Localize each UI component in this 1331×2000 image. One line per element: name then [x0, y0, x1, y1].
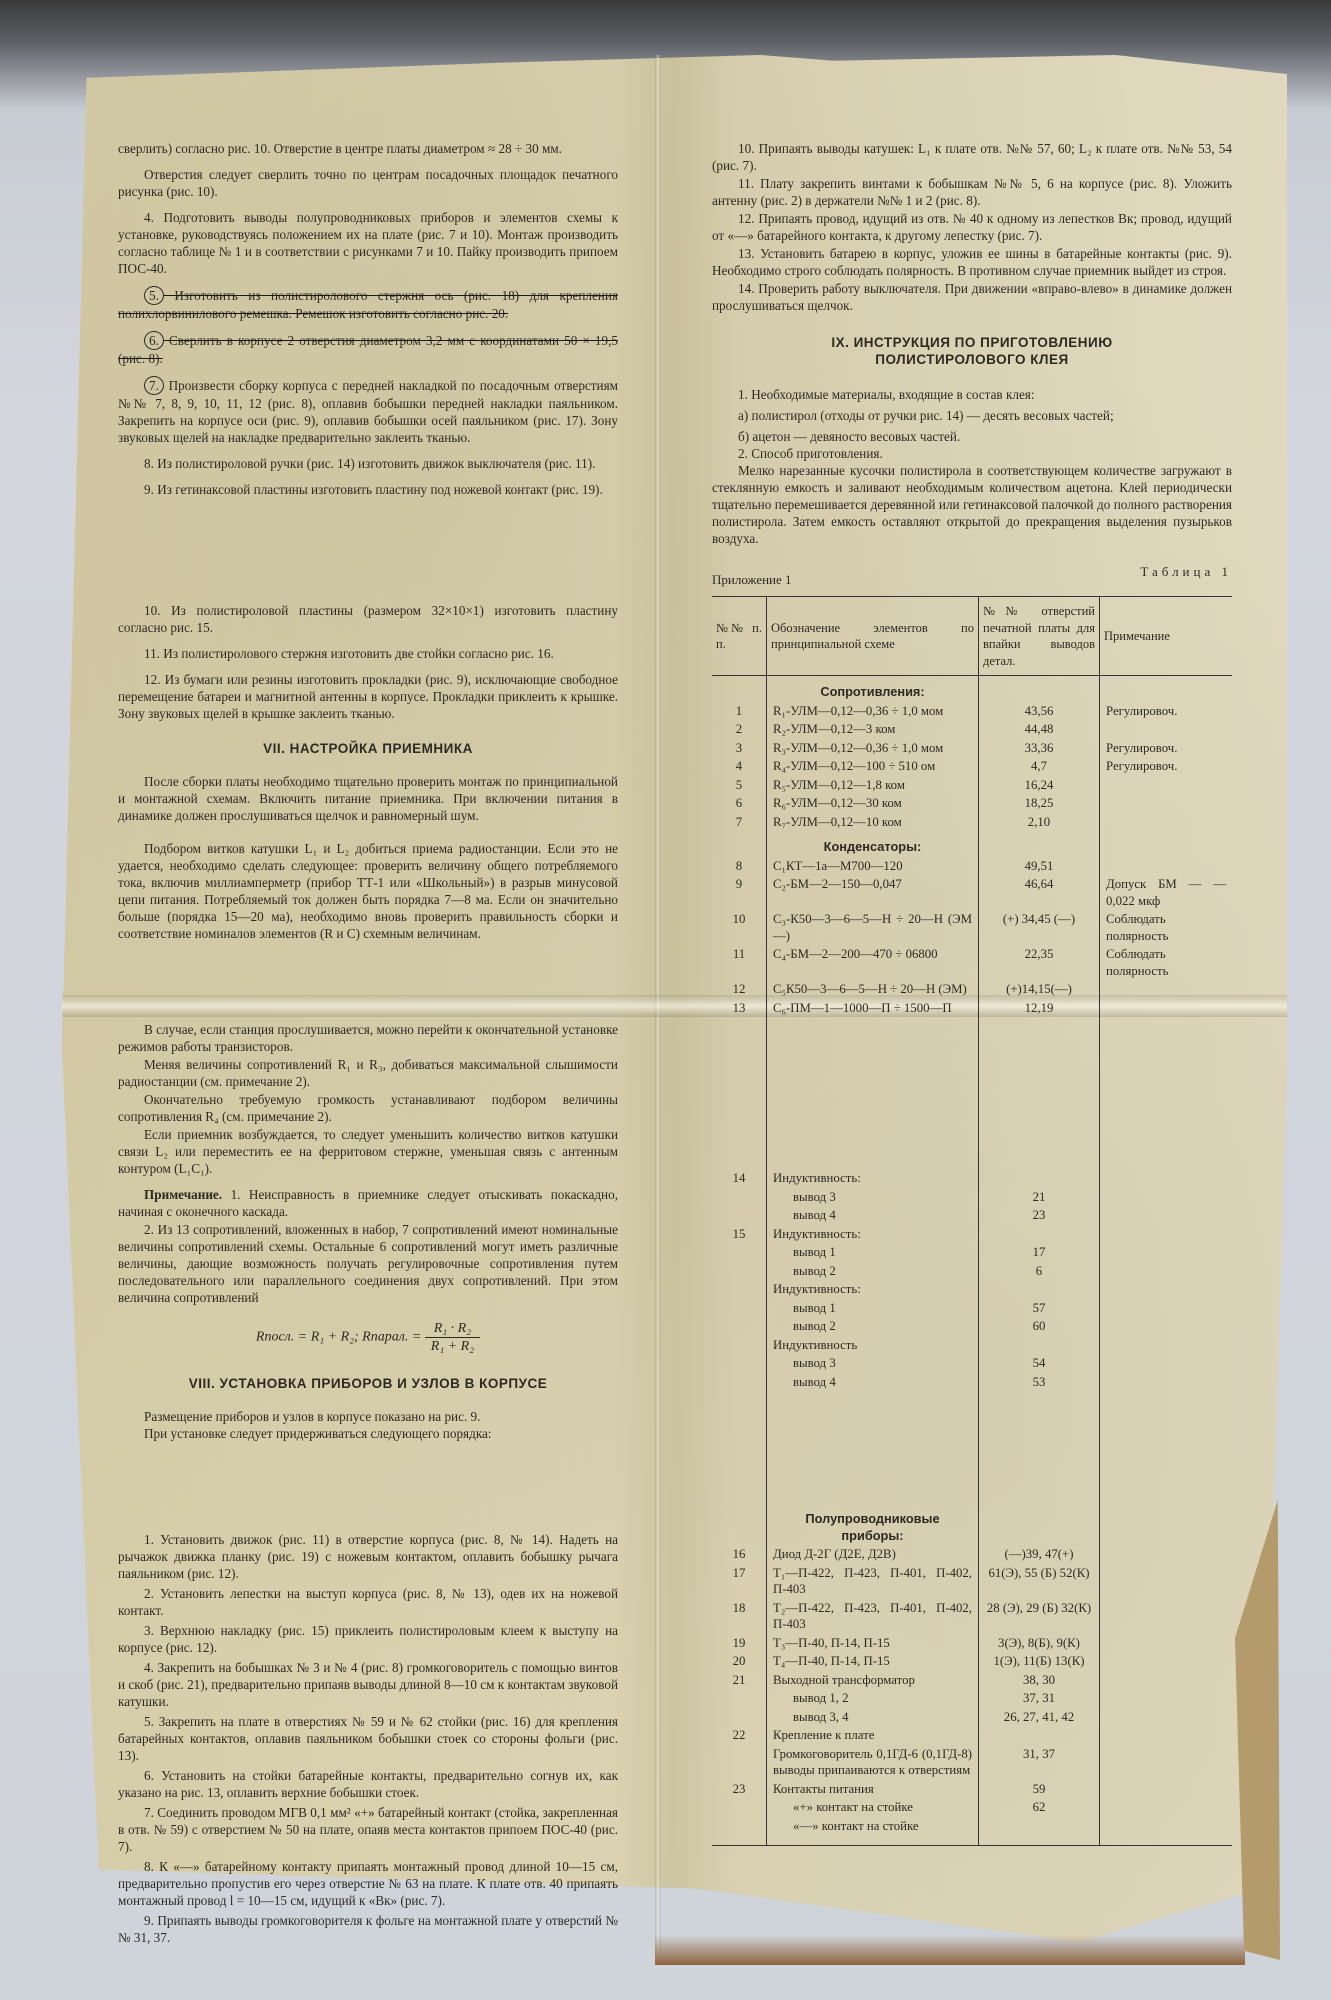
table-row: вывод 453 — [712, 1373, 1232, 1392]
row-note — [1100, 1745, 1233, 1780]
step-item: 11. Плату закрепить винтами к бобышкам №… — [712, 175, 1232, 209]
hole-numbers: 57 — [979, 1299, 1100, 1318]
table-row: 17T₁—П-422, П-423, П-401, П-402, П-40361… — [712, 1564, 1232, 1599]
assembly-steps-b: 10. Из полистироловой пластины (размером… — [118, 602, 618, 722]
hole-numbers: 23 — [979, 1206, 1100, 1225]
element-designation: вывод 3 — [767, 1354, 979, 1373]
row-number: 14 — [712, 1169, 767, 1188]
row-note — [1100, 1726, 1233, 1745]
row-number: 12 — [712, 980, 767, 999]
element-designation: C₆-ПМ—1—1000—П ÷ 1500—П — [767, 999, 979, 1018]
group-title: Сопротивления: — [767, 676, 979, 702]
row-note — [1100, 1299, 1233, 1318]
cell — [712, 1503, 767, 1545]
glue-line: б) ацетон — девяносто весовых частей. — [712, 428, 1232, 445]
hole-numbers: 28 (Э), 29 (Б) 32(К) — [979, 1599, 1100, 1634]
hole-numbers: 54 — [979, 1354, 1100, 1373]
table-row: «+» контакт на стойке62 — [712, 1798, 1232, 1817]
table-row: 10C₃-К50—3—6—5—Н ÷ 20—Н (ЭМ—)(+) 34,45 (… — [712, 910, 1232, 945]
glue-line: 2. Способ приготовления. — [712, 445, 1232, 462]
row-note — [1100, 1652, 1233, 1671]
hole-numbers — [979, 1280, 1100, 1299]
step-item: 6. Установить на стойки батарейные конта… — [118, 1767, 618, 1801]
row-number: 21 — [712, 1671, 767, 1690]
hole-numbers: 26, 27, 41, 42 — [979, 1708, 1100, 1727]
row-note — [1100, 1689, 1233, 1708]
element-designation: вывод 4 — [767, 1373, 979, 1392]
row-note — [1100, 1280, 1233, 1299]
cell — [712, 831, 767, 857]
table-row: 2R₂-УЛМ—0,12—3 ком44,48 — [712, 720, 1232, 739]
step-item: 7. Произвести сборку корпуса с передней … — [118, 376, 618, 446]
row-number: 13 — [712, 999, 767, 1018]
element-designation: C₅К50—3—6—5—Н ÷ 20—Н (ЭМ) — [767, 980, 979, 999]
table-row: вывод 423 — [712, 1206, 1232, 1225]
row-note — [1100, 1169, 1233, 1188]
step-number: 9. — [144, 482, 154, 497]
row-number — [712, 1708, 767, 1727]
row-number — [712, 1317, 767, 1336]
row-note: Соблюдать полярность — [1100, 945, 1233, 980]
row-number — [712, 1299, 767, 1318]
step-item: 9. Из гетинаксовой пластины изготовить п… — [118, 481, 618, 498]
element-designation: T₄—П-40, П-14, П-15 — [767, 1652, 979, 1671]
hole-numbers: 46,64 — [979, 875, 1100, 910]
step-number: 6. — [144, 331, 164, 350]
installation-steps-cont: 10. Припаять выводы катушек: L₁ к плате … — [712, 140, 1232, 314]
table-row: «—» контакт на стойке — [712, 1817, 1232, 1836]
element-designation: Крепление к плате — [767, 1726, 979, 1745]
step-item: 12. Припаять провод, идущий из отв. № 40… — [712, 210, 1232, 244]
element-designation: Диод Д-2Г (Д2Е, Д2В) — [767, 1545, 979, 1564]
glue-paragraph: Мелко нарезанные кусочки полистирола в с… — [712, 462, 1232, 547]
paragraph: После сборки платы необходимо тщательно … — [118, 773, 618, 824]
element-designation: R₆-УЛМ—0,12—30 ком — [767, 794, 979, 813]
step-item: 13. Установить батарею в корпус, уложив … — [712, 245, 1232, 279]
element-designation: C₁КТ—1а—М700—120 — [767, 857, 979, 876]
left-page: сверлить) согласно рис. 10. Отверстие в … — [118, 140, 618, 1949]
table-header: Примечание — [1100, 597, 1233, 676]
element-designation: R₂-УЛМ—0,12—3 ком — [767, 720, 979, 739]
group-title: Полупроводниковые приборы: — [767, 1503, 979, 1545]
paragraph: Меняя величины сопротивлений R₁ и R₃, до… — [118, 1056, 618, 1090]
table-row: 11C₄-БМ—2—200—470 ÷ 0680022,35Соблюдать … — [712, 945, 1232, 980]
table-row: 19T₃—П-40, П-14, П-153(Э), 8(Б), 9(К) — [712, 1634, 1232, 1653]
paragraph: Если приемник возбуждается, то следует у… — [118, 1126, 618, 1177]
paragraph: Размещение приборов и узлов в корпусе по… — [118, 1408, 618, 1425]
row-number: 5 — [712, 776, 767, 795]
step-item: 4. Подготовить выводы полупроводниковых … — [118, 209, 618, 277]
row-number: 16 — [712, 1545, 767, 1564]
row-number: 22 — [712, 1726, 767, 1745]
element-designation: «—» контакт на стойке — [767, 1817, 979, 1836]
row-note — [1100, 1317, 1233, 1336]
element-designation: R₅-УЛМ—0,12—1,8 ком — [767, 776, 979, 795]
step-item: 12. Из бумаги или резины изготовить прок… — [118, 671, 618, 722]
row-number: 4 — [712, 757, 767, 776]
assembly-steps-a: 4. Подготовить выводы полупроводниковых … — [118, 209, 618, 498]
hole-numbers: 62 — [979, 1798, 1100, 1817]
element-designation: вывод 1 — [767, 1299, 979, 1318]
hole-numbers: 43,56 — [979, 702, 1100, 721]
row-number: 11 — [712, 945, 767, 980]
table-row: 3R₃-УЛМ—0,12—0,36 ÷ 1,0 мом33,36Регулиро… — [712, 739, 1232, 758]
table-row: 22Крепление к плате — [712, 1726, 1232, 1745]
row-number — [712, 1336, 767, 1355]
hole-numbers: 49,51 — [979, 857, 1100, 876]
row-number: 15 — [712, 1225, 767, 1244]
element-designation: вывод 3 — [767, 1188, 979, 1207]
hole-numbers: 17 — [979, 1243, 1100, 1262]
table-header: Обозначение элементов по принципиальной … — [767, 597, 979, 676]
hole-numbers — [979, 1336, 1100, 1355]
intro-line: сверлить) согласно рис. 10. Отверстие в … — [118, 140, 618, 157]
cell — [1100, 831, 1233, 857]
hole-numbers: 18,25 — [979, 794, 1100, 813]
row-note — [1100, 1671, 1233, 1690]
row-number: 9 — [712, 875, 767, 910]
hole-numbers: (—)39, 47(+) — [979, 1545, 1100, 1564]
step-item: 7. Соединить проводом МГВ 0,1 мм² «+» ба… — [118, 1804, 618, 1855]
paragraph: При установке следует придерживаться сле… — [118, 1425, 618, 1442]
paragraph: Подбором витков катушки L₁ и L₂ добиться… — [118, 840, 618, 942]
cell — [712, 676, 767, 702]
table-group-title: Сопротивления: — [712, 676, 1232, 702]
table-group-title: Конденсаторы: — [712, 831, 1232, 857]
right-page: 10. Припаять выводы катушек: L₁ к плате … — [712, 140, 1232, 1846]
hole-numbers — [979, 1726, 1100, 1745]
hole-numbers: 16,24 — [979, 776, 1100, 795]
table-row: 12C₅К50—3—6—5—Н ÷ 20—Н (ЭМ)(+)14,15(—) — [712, 980, 1232, 999]
paragraph: Окончательно требуемую громкость устанав… — [118, 1091, 618, 1125]
row-number — [712, 1354, 767, 1373]
step-item: 5. Изготовить из полистиролового стержня… — [118, 286, 618, 322]
row-note — [1100, 1225, 1233, 1244]
element-designation: вывод 1 — [767, 1243, 979, 1262]
note-label: Примечание. — [144, 1187, 222, 1202]
table-row: 4R₄-УЛМ—0,12—100 ÷ 510 ом4,7Регулировоч. — [712, 757, 1232, 776]
row-note — [1100, 1634, 1233, 1653]
table-row: 9C₂-БМ—2—150—0,04746,64Допуск БМ — —0,02… — [712, 875, 1232, 910]
hole-numbers: 33,36 — [979, 739, 1100, 758]
table-row: 1R₁-УЛМ—0,12—0,36 ÷ 1,0 мом43,56Регулиро… — [712, 702, 1232, 721]
table-row: 18T₂—П-422, П-423, П-401, П-402, П-40328… — [712, 1599, 1232, 1634]
row-number — [712, 1798, 767, 1817]
table-caption: Приложение 1 Таблица 1 — [712, 571, 1232, 588]
paragraph: В случае, если станция прослушивается, м… — [118, 1021, 618, 1055]
hole-numbers: (+) 34,45 (—) — [979, 910, 1100, 945]
row-note — [1100, 1545, 1233, 1564]
element-designation: Индуктивность: — [767, 1280, 979, 1299]
row-number — [712, 1262, 767, 1281]
row-number: 2 — [712, 720, 767, 739]
group-title: Конденсаторы: — [767, 831, 979, 857]
row-note: Допуск БМ — —0,022 мкф — [1100, 875, 1233, 910]
hole-numbers — [979, 1225, 1100, 1244]
step-number: 8. — [144, 456, 154, 471]
table-row: 8C₁КТ—1а—М700—12049,51 — [712, 857, 1232, 876]
row-note: Регулировоч. — [1100, 739, 1233, 758]
step-item: 10. Припаять выводы катушек: L₁ к плате … — [712, 140, 1232, 174]
element-designation: Громкоговоритель 0,1ГД-6 (0,1ГД-8) вывод… — [767, 1745, 979, 1780]
row-note — [1100, 1373, 1233, 1392]
resistance-formula: Rпосл. = R₁ + R₂; Rпарал. = R₁ · R₂ R₁ +… — [118, 1320, 618, 1355]
step-item: 5. Закрепить на плате в отверстиях № 59 … — [118, 1713, 618, 1764]
element-designation: T₁—П-422, П-423, П-401, П-402, П-403 — [767, 1564, 979, 1599]
row-number: 8 — [712, 857, 767, 876]
hole-numbers — [979, 1817, 1100, 1836]
row-number: 7 — [712, 813, 767, 832]
hole-numbers: 59 — [979, 1780, 1100, 1799]
element-designation: вывод 2 — [767, 1317, 979, 1336]
cell — [979, 676, 1100, 702]
table-row: Громкоговоритель 0,1ГД-6 (0,1ГД-8) вывод… — [712, 1745, 1232, 1780]
table-row: Индуктивность: — [712, 1280, 1232, 1299]
step-item: 9. Припаять выводы громкоговорителя к фо… — [118, 1912, 618, 1946]
element-designation: R₄-УЛМ—0,12—100 ÷ 510 ом — [767, 757, 979, 776]
table-row: 13C₆-ПМ—1—1000—П ÷ 1500—П12,19 — [712, 999, 1232, 1018]
row-note — [1100, 1817, 1233, 1836]
table-row: 16Диод Д-2Г (Д2Е, Д2В)(—)39, 47(+) — [712, 1545, 1232, 1564]
row-number — [712, 1280, 767, 1299]
row-number: 19 — [712, 1634, 767, 1653]
components-table: №№ п. п.Обозначение элементов по принцип… — [712, 596, 1232, 1846]
element-designation: Индуктивность: — [767, 1225, 979, 1244]
table-row: 5R₅-УЛМ—0,12—1,8 ком16,24 — [712, 776, 1232, 795]
row-number — [712, 1373, 767, 1392]
row-number: 3 — [712, 739, 767, 758]
element-designation: Контакты питания — [767, 1780, 979, 1799]
cell — [1100, 676, 1233, 702]
table-row: вывод 260 — [712, 1317, 1232, 1336]
hole-numbers: 53 — [979, 1373, 1100, 1392]
row-number — [712, 1745, 767, 1780]
cell — [979, 831, 1100, 857]
row-note — [1100, 1798, 1233, 1817]
row-note — [1100, 999, 1233, 1018]
row-note — [1100, 813, 1233, 832]
hole-numbers: 4,7 — [979, 757, 1100, 776]
hole-numbers: 2,10 — [979, 813, 1100, 832]
row-number — [712, 1817, 767, 1836]
row-number: 17 — [712, 1564, 767, 1599]
row-note — [1100, 794, 1233, 813]
section-ix-title: IX. ИНСТРУКЦИЯ ПО ПРИГОТОВЛЕНИЮ ПОЛИСТИР… — [712, 334, 1232, 368]
row-note — [1100, 1188, 1233, 1207]
table-row: 21Выходной трансформатор38, 30 — [712, 1671, 1232, 1690]
row-note — [1100, 1708, 1233, 1727]
table-row: вывод 354 — [712, 1354, 1232, 1373]
step-number: 7. — [144, 376, 164, 395]
element-designation: вывод 2 — [767, 1262, 979, 1281]
element-designation: T₃—П-40, П-14, П-15 — [767, 1634, 979, 1653]
row-note — [1100, 720, 1233, 739]
table-row: вывод 1, 237, 31 — [712, 1689, 1232, 1708]
hole-numbers: 37, 31 — [979, 1689, 1100, 1708]
section-vii-title: VII. НАСТРОЙКА ПРИЕМНИКА — [118, 740, 618, 757]
step-item: 8. К «—» батарейному контакту припаять м… — [118, 1858, 618, 1909]
hole-numbers: 38, 30 — [979, 1671, 1100, 1690]
glue-line: а) полистирол (отходы от ручки рис. 14) … — [712, 407, 1232, 424]
step-item: 1. Установить движок (рис. 11) в отверст… — [118, 1531, 618, 1582]
element-designation: T₂—П-422, П-423, П-401, П-402, П-403 — [767, 1599, 979, 1634]
element-designation: Индуктивность: — [767, 1169, 979, 1188]
step-number: 11. — [144, 646, 160, 661]
element-designation: «+» контакт на стойке — [767, 1798, 979, 1817]
row-note — [1100, 1564, 1233, 1599]
table-row: 20T₄—П-40, П-14, П-151(Э), 11(Б) 13(К) — [712, 1652, 1232, 1671]
element-designation: вывод 3, 4 — [767, 1708, 979, 1727]
note-2: 2. Из 13 сопротивлений, вложенных в набо… — [118, 1221, 618, 1306]
row-note — [1100, 1336, 1233, 1355]
step-item: 6. Сверлить в корпусе 2 отверстия диамет… — [118, 331, 618, 367]
intro-line: Отверстия следует сверлить точно по цент… — [118, 166, 618, 200]
table-row: 6R₆-УЛМ—0,12—30 ком18,25 — [712, 794, 1232, 813]
hole-numbers: 22,35 — [979, 945, 1100, 980]
step-number: 12. — [144, 672, 160, 687]
hole-numbers: 12,19 — [979, 999, 1100, 1018]
element-designation: R₁-УЛМ—0,12—0,36 ÷ 1,0 мом — [767, 702, 979, 721]
element-designation: C₂-БМ—2—150—0,047 — [767, 875, 979, 910]
row-number — [712, 1188, 767, 1207]
step-item: 11. Из полистиролового стержня изготовит… — [118, 645, 618, 662]
row-number: 1 — [712, 702, 767, 721]
glue-line: 1. Необходимые материалы, входящие в сос… — [712, 386, 1232, 403]
hole-numbers: 61(Э), 55 (Б) 52(К) — [979, 1564, 1100, 1599]
hole-numbers: 3(Э), 8(Б), 9(К) — [979, 1634, 1100, 1653]
row-number: 20 — [712, 1652, 767, 1671]
row-number — [712, 1206, 767, 1225]
element-designation: R₃-УЛМ—0,12—0,36 ÷ 1,0 мом — [767, 739, 979, 758]
step-item: 2. Установить лепестки на выступ корпуса… — [118, 1585, 618, 1619]
table-row: вывод 157 — [712, 1299, 1232, 1318]
element-designation: Индуктивность — [767, 1336, 979, 1355]
hole-numbers: 31, 37 — [979, 1745, 1100, 1780]
hole-numbers: 44,48 — [979, 720, 1100, 739]
element-designation: C₄-БМ—2—200—470 ÷ 06800 — [767, 945, 979, 980]
step-item: 14. Проверить работу выключателя. При дв… — [712, 280, 1232, 314]
element-designation: вывод 4 — [767, 1206, 979, 1225]
table-row: вывод 26 — [712, 1262, 1232, 1281]
row-note: Регулировоч. — [1100, 702, 1233, 721]
row-note — [1100, 1206, 1233, 1225]
step-number: 10. — [144, 603, 160, 618]
stained-edge — [655, 1935, 1245, 1965]
row-note — [1100, 1354, 1233, 1373]
hole-numbers: 6 — [979, 1262, 1100, 1281]
step-item: 3. Верхнюю накладку (рис. 15) приклеить … — [118, 1622, 618, 1656]
table-group-title: Полупроводниковые приборы: — [712, 1503, 1232, 1545]
section-viii-title: VIII. УСТАНОВКА ПРИБОРОВ И УЗЛОВ В КОРПУ… — [118, 1375, 618, 1392]
hole-numbers: 60 — [979, 1317, 1100, 1336]
row-number — [712, 1243, 767, 1262]
table-row: 14Индуктивность: — [712, 1169, 1232, 1188]
table-header: №№ п. п. — [712, 597, 767, 676]
row-note — [1100, 857, 1233, 876]
row-number: 23 — [712, 1780, 767, 1799]
step-item: 10. Из полистироловой пластины (размером… — [118, 602, 618, 636]
step-item: 4. Закрепить на бобышках № 3 и № 4 (рис.… — [118, 1659, 618, 1710]
cell — [1100, 1503, 1233, 1545]
row-note: Регулировоч. — [1100, 757, 1233, 776]
table-row: вывод 117 — [712, 1243, 1232, 1262]
element-designation: R₇-УЛМ—0,12—10 ком — [767, 813, 979, 832]
cell — [979, 1503, 1100, 1545]
table-row: 15Индуктивность: — [712, 1225, 1232, 1244]
row-number: 6 — [712, 794, 767, 813]
hole-numbers: 21 — [979, 1188, 1100, 1207]
hole-numbers: (+)14,15(—) — [979, 980, 1100, 999]
hole-numbers: 1(Э), 11(Б) 13(К) — [979, 1652, 1100, 1671]
step-item: 8. Из полистироловой ручки (рис. 14) изг… — [118, 455, 618, 472]
step-number: 5. — [144, 286, 164, 305]
row-number: 18 — [712, 1599, 767, 1634]
row-note — [1100, 1599, 1233, 1634]
table-row: 7R₇-УЛМ—0,12—10 ком2,10 — [712, 813, 1232, 832]
table-label: Таблица 1 — [1140, 563, 1232, 588]
element-designation: вывод 1, 2 — [767, 1689, 979, 1708]
table-row: 23Контакты питания59 — [712, 1780, 1232, 1799]
table-row: вывод 3, 426, 27, 41, 42 — [712, 1708, 1232, 1727]
row-note — [1100, 1243, 1233, 1262]
table-row: вывод 321 — [712, 1188, 1232, 1207]
element-designation: Выходной трансформатор — [767, 1671, 979, 1690]
row-note — [1100, 1780, 1233, 1799]
row-note — [1100, 1262, 1233, 1281]
step-number: 4. — [144, 210, 154, 225]
row-number — [712, 1689, 767, 1708]
table-row: Индуктивность — [712, 1336, 1232, 1355]
installation-steps: 1. Установить движок (рис. 11) в отверст… — [118, 1531, 618, 1946]
element-designation: C₃-К50—3—6—5—Н ÷ 20—Н (ЭМ—) — [767, 910, 979, 945]
row-number: 10 — [712, 910, 767, 945]
table-header: №№ отверстий печатной платы для впайки в… — [979, 597, 1100, 676]
row-note — [1100, 776, 1233, 795]
row-note: Соблюдать полярность — [1100, 910, 1233, 945]
row-note — [1100, 980, 1233, 999]
hole-numbers — [979, 1169, 1100, 1188]
appendix-label: Приложение 1 — [712, 571, 792, 588]
